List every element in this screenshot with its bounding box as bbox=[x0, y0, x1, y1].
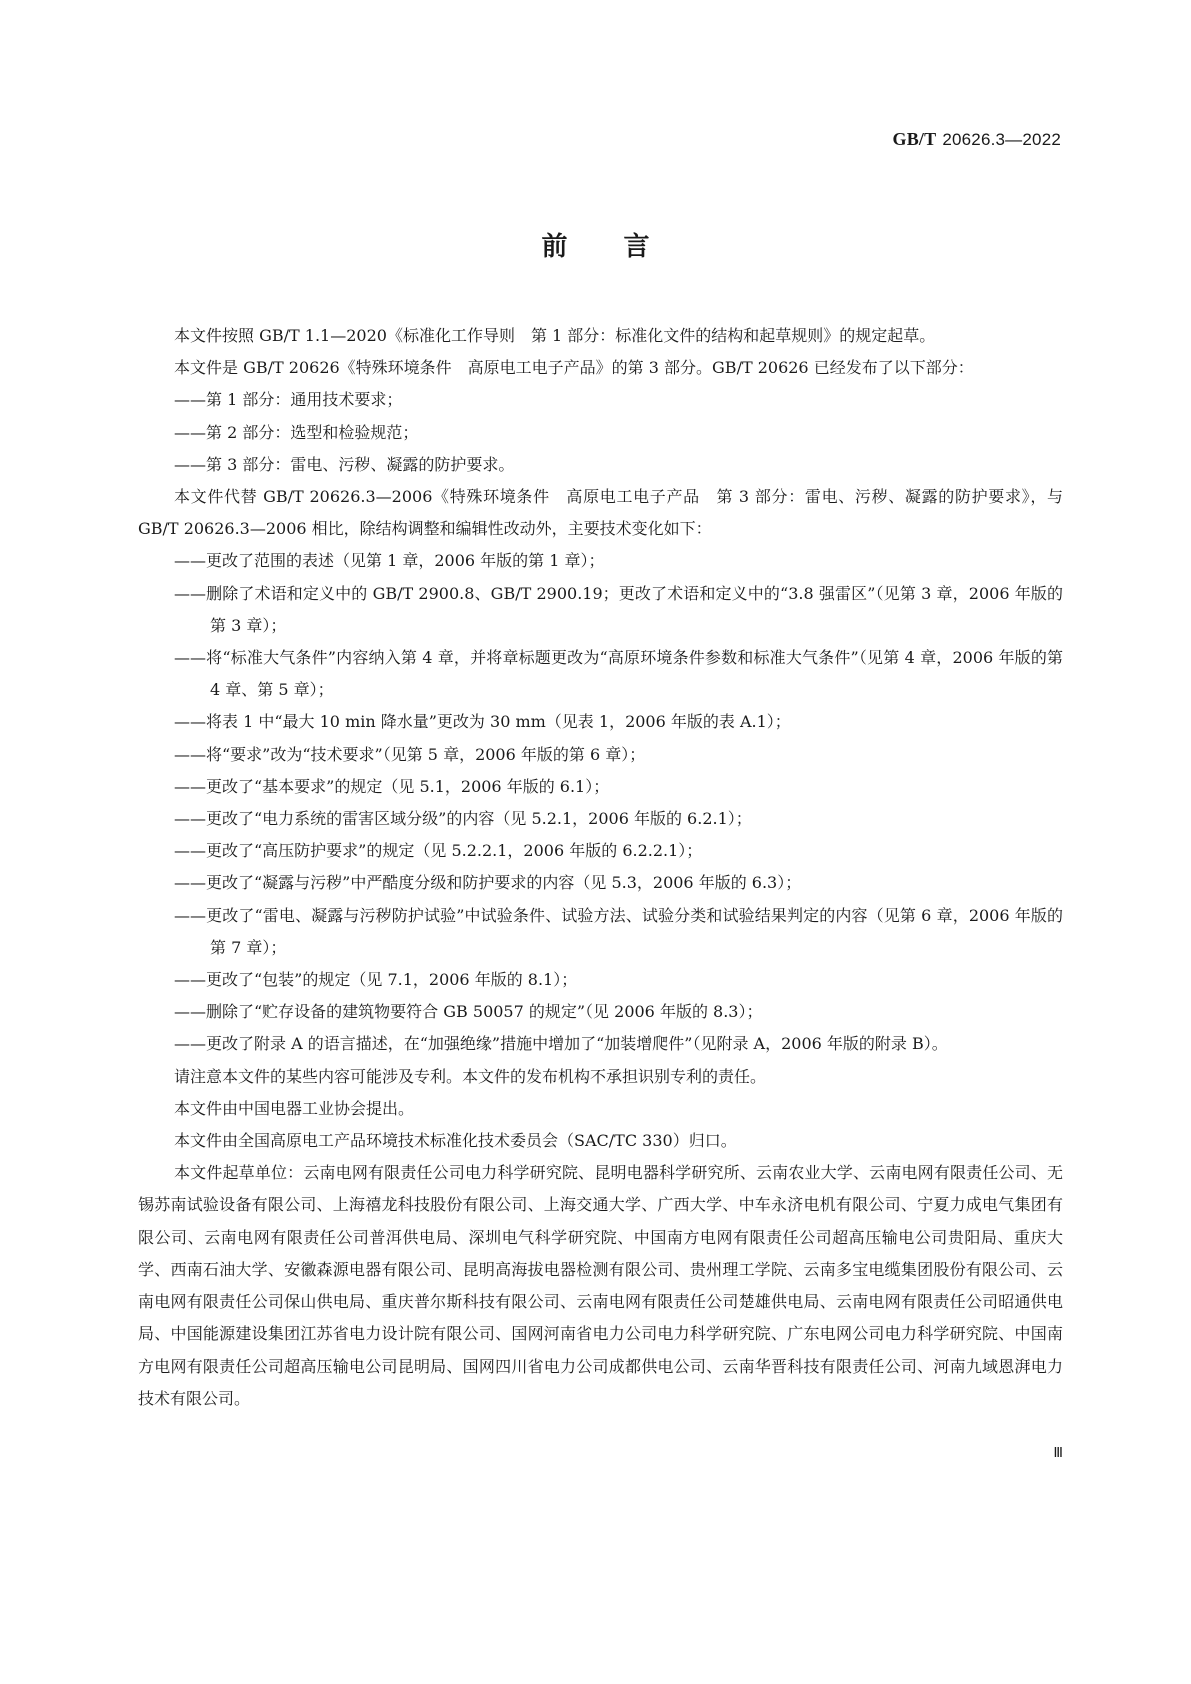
foreword-body: 本文件按照 GB/T 1.1—2020《标准化工作导则 第 1 部分：标准化文件… bbox=[138, 320, 1063, 1415]
list-item-change: ——更改了“基本要求”的规定（见 5.1，2006 年版的 6.1）； bbox=[138, 771, 1063, 803]
list-item-change: ——更改了“电力系统的雷害区域分级”的内容（见 5.2.1，2006 年版的 6… bbox=[138, 803, 1063, 835]
list-item-change: ——删除了“贮存设备的建筑物要符合 GB 50057 的规定”（见 2006 年… bbox=[138, 996, 1063, 1028]
paragraph-replacement: 本文件代替 GB/T 20626.3—2006《特殊环境条件 高原电工电子产品 … bbox=[138, 481, 1063, 545]
list-item-part: ——第 2 部分：选型和检验规范； bbox=[138, 417, 1063, 449]
list-item-change: ——更改了范围的表述（见第 1 章，2006 年版的第 1 章）； bbox=[138, 545, 1063, 577]
paragraph-committee: 本文件由全国高原电工产品环境技术标准化技术委员会（SAC/TC 330）归口。 bbox=[138, 1125, 1063, 1157]
list-item-change: ——将“标准大气条件”内容纳入第 4 章，并将章标题更改为“高原环境条件参数和标… bbox=[138, 642, 1063, 706]
list-item-change: ——更改了“凝露与污秽”中严酷度分级和防护要求的内容（见 5.3，2006 年版… bbox=[138, 867, 1063, 899]
list-item-part: ——第 3 部分：雷电、污秽、凝露的防护要求。 bbox=[138, 449, 1063, 481]
standard-prefix: GB/T bbox=[893, 129, 937, 149]
list-item-change: ——删除了术语和定义中的 GB/T 2900.8、GB/T 2900.19；更改… bbox=[138, 578, 1063, 642]
standard-number: 20626.3—2022 bbox=[942, 130, 1061, 149]
paragraph-drafting-rules: 本文件按照 GB/T 1.1—2020《标准化工作导则 第 1 部分：标准化文件… bbox=[138, 320, 1063, 352]
page-number: Ⅲ bbox=[1053, 1445, 1063, 1462]
page-title: 前言 bbox=[0, 226, 1191, 263]
paragraph-patent-notice: 请注意本文件的某些内容可能涉及专利。本文件的发布机构不承担识别专利的责任。 bbox=[138, 1061, 1063, 1093]
paragraph-proposer: 本文件由中国电器工业协会提出。 bbox=[138, 1093, 1063, 1125]
list-item-change: ——更改了“高压防护要求”的规定（见 5.2.2.1，2006 年版的 6.2.… bbox=[138, 835, 1063, 867]
list-item-change: ——将表 1 中“最大 10 min 降水量”更改为 30 mm（见表 1，20… bbox=[138, 706, 1063, 738]
list-item-part: ——第 1 部分：通用技术要求； bbox=[138, 384, 1063, 416]
standard-code: GB/T20626.3—2022 bbox=[893, 129, 1062, 150]
paragraph-drafting-units: 本文件起草单位：云南电网有限责任公司电力科学研究院、昆明电器科学研究所、云南农业… bbox=[138, 1157, 1063, 1415]
list-item-change: ——更改了附录 A 的语言描述，在“加强绝缘”措施中增加了“加装增爬件”（见附录… bbox=[138, 1028, 1063, 1060]
list-item-change: ——将“要求”改为“技术要求”（见第 5 章，2006 年版的第 6 章）； bbox=[138, 739, 1063, 771]
paragraph-series-parts: 本文件是 GB/T 20626《特殊环境条件 高原电工电子产品》的第 3 部分。… bbox=[138, 352, 1063, 384]
list-item-change: ——更改了“雷电、凝露与污秽防护试验”中试验条件、试验方法、试验分类和试验结果判… bbox=[138, 900, 1063, 964]
list-item-change: ——更改了“包装”的规定（见 7.1，2006 年版的 8.1）； bbox=[138, 964, 1063, 996]
